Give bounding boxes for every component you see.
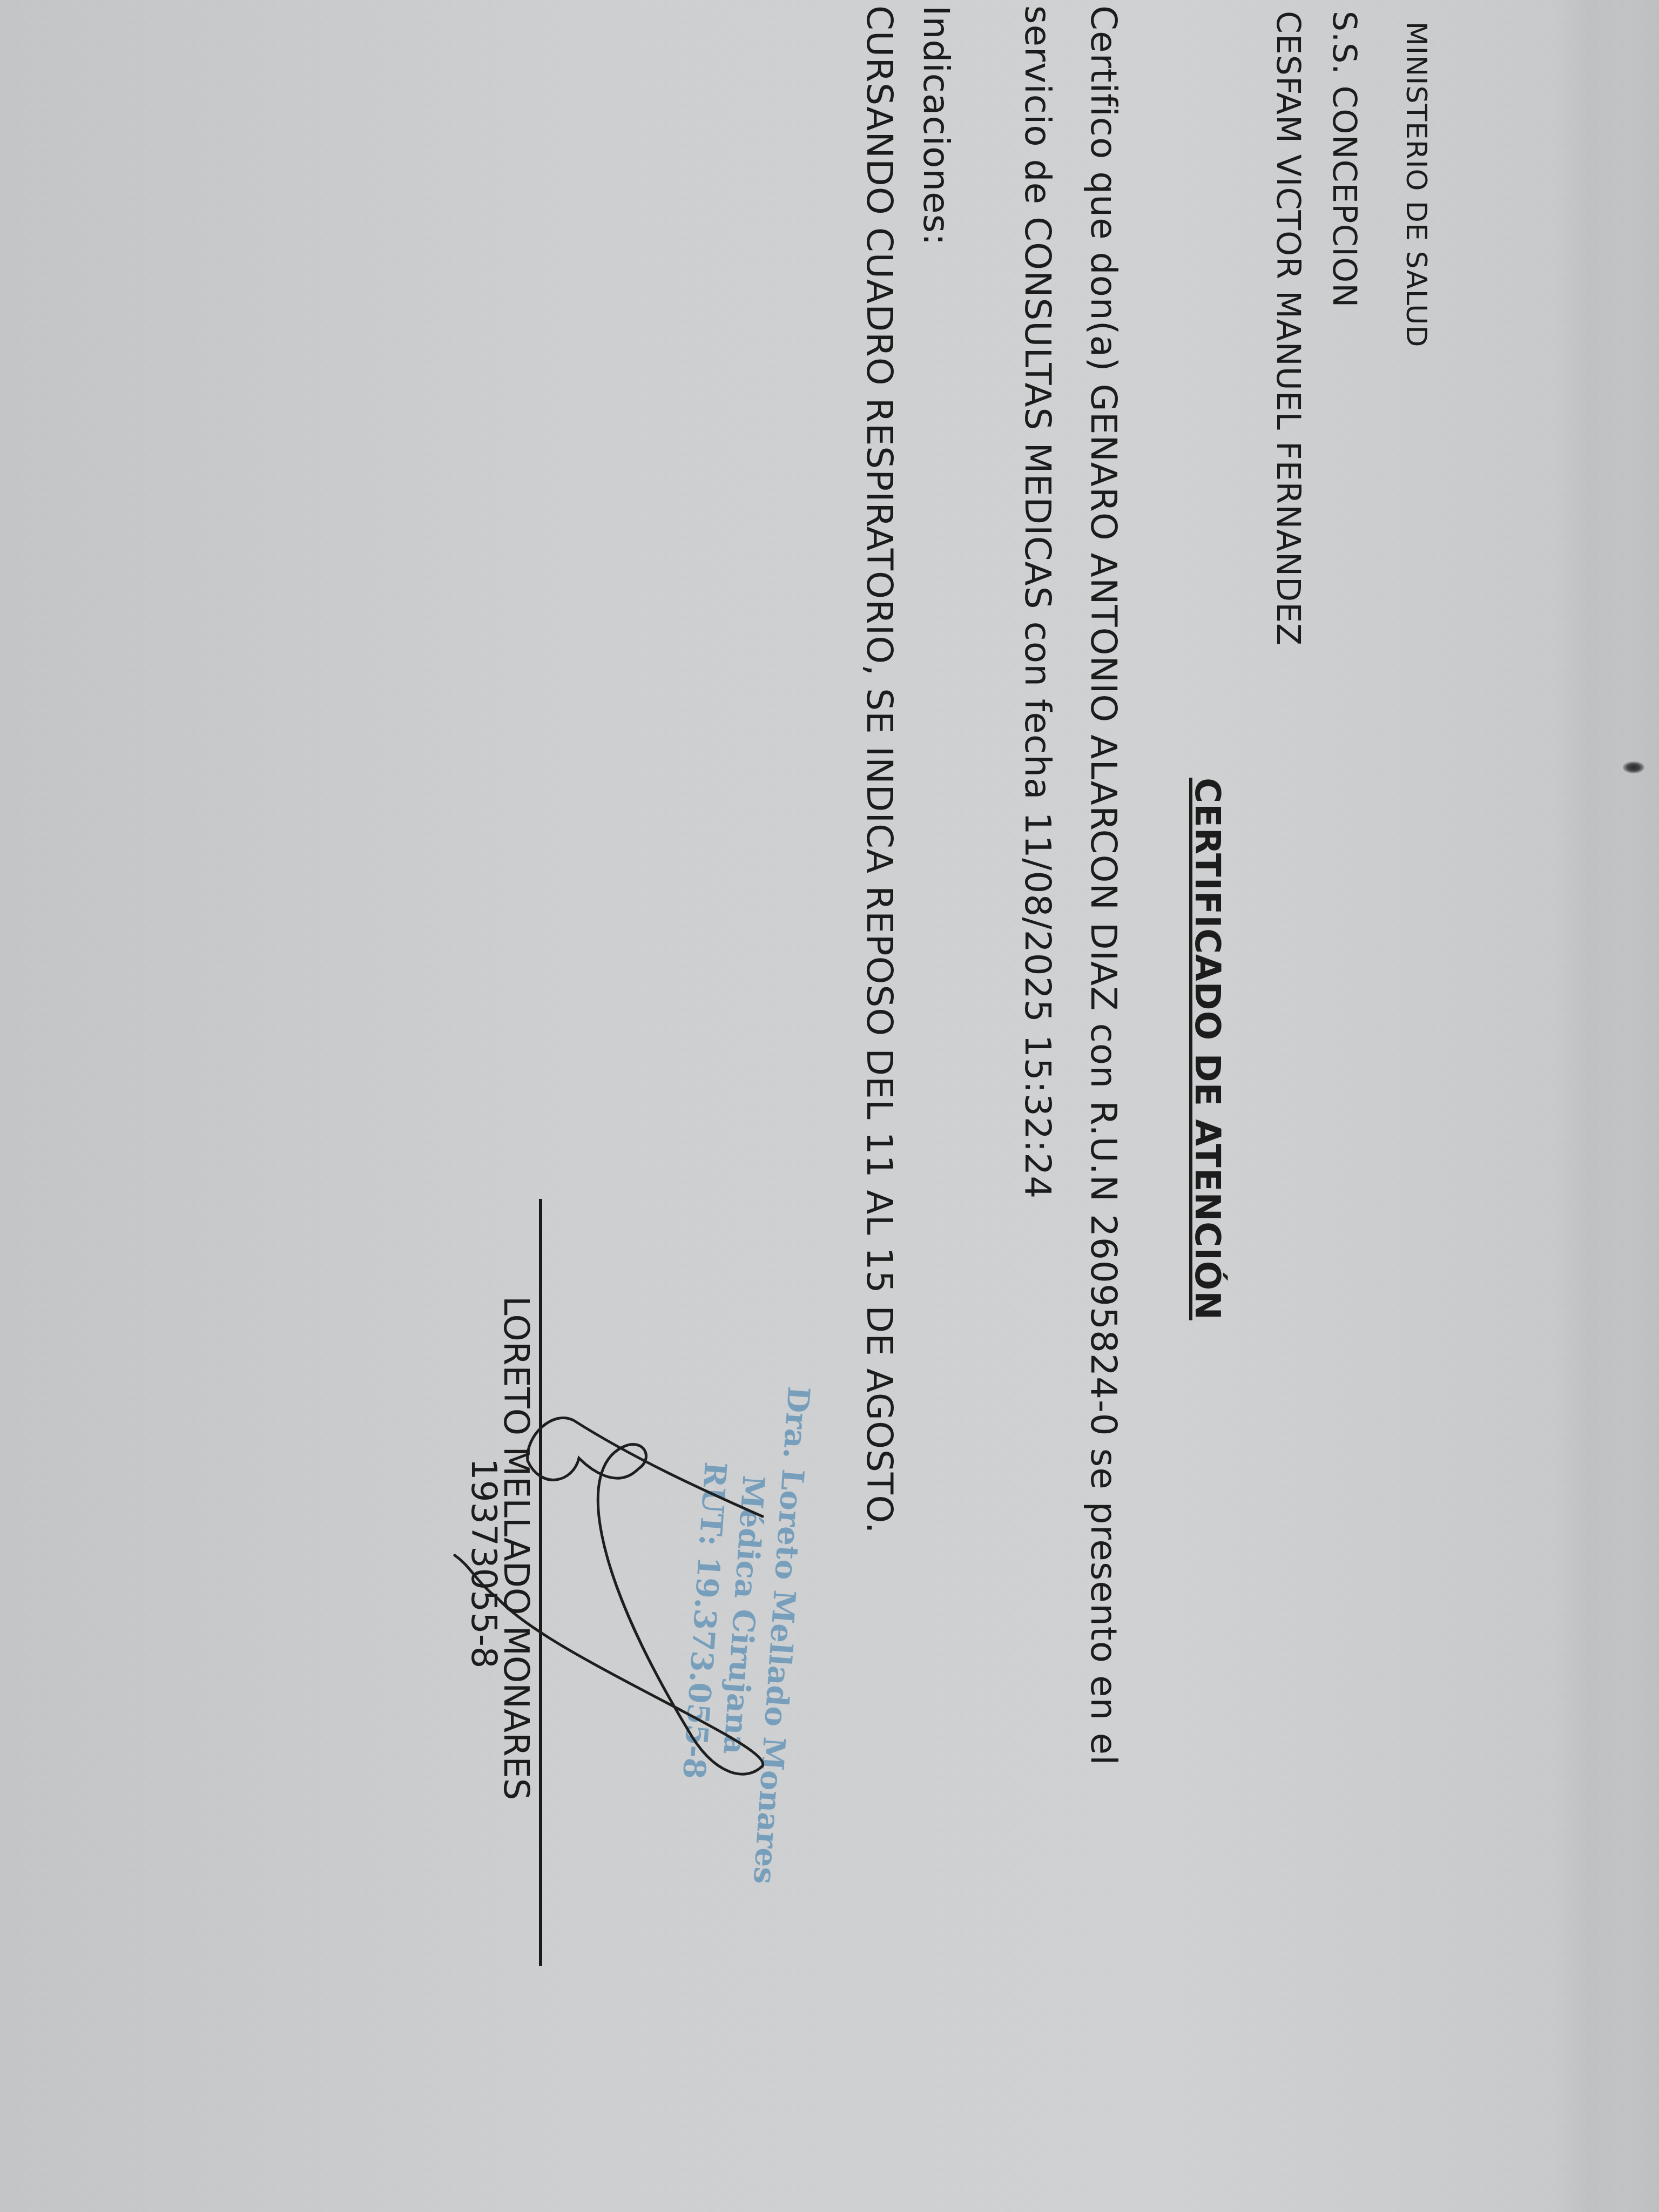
header-health-service: S.S. CONCEPCION <box>1325 11 1363 308</box>
document-title: CERTIFICADO DE ATENCIÓN <box>1187 778 1227 1320</box>
signer-rut: 19373055-8 <box>463 1458 503 1669</box>
indications-label: Indicaciones: <box>915 5 957 246</box>
doctor-stamp: Dra. Loreto Mellado Monares Médica Ciruj… <box>669 1380 817 1885</box>
header-ministry: MINISTERIO DE SALUD <box>1400 22 1432 347</box>
indications-text: CURSANDO CUADRO RESPIRATORIO, SE INDICA … <box>859 5 900 1534</box>
certificate-document: MINISTERIO DE SALUD S.S. CONCEPCION CESF… <box>0 0 1659 2212</box>
body-line-1: Certifico que don(a) GENARO ANTONIO ALAR… <box>1083 5 1124 1765</box>
header-facility: CESFAM VICTOR MANUEL FERNANDEZ <box>1269 11 1307 646</box>
signature-line <box>539 1199 542 1966</box>
body-line-2: servicio de CONSULTAS MEDICAS con fecha … <box>1017 5 1058 1199</box>
